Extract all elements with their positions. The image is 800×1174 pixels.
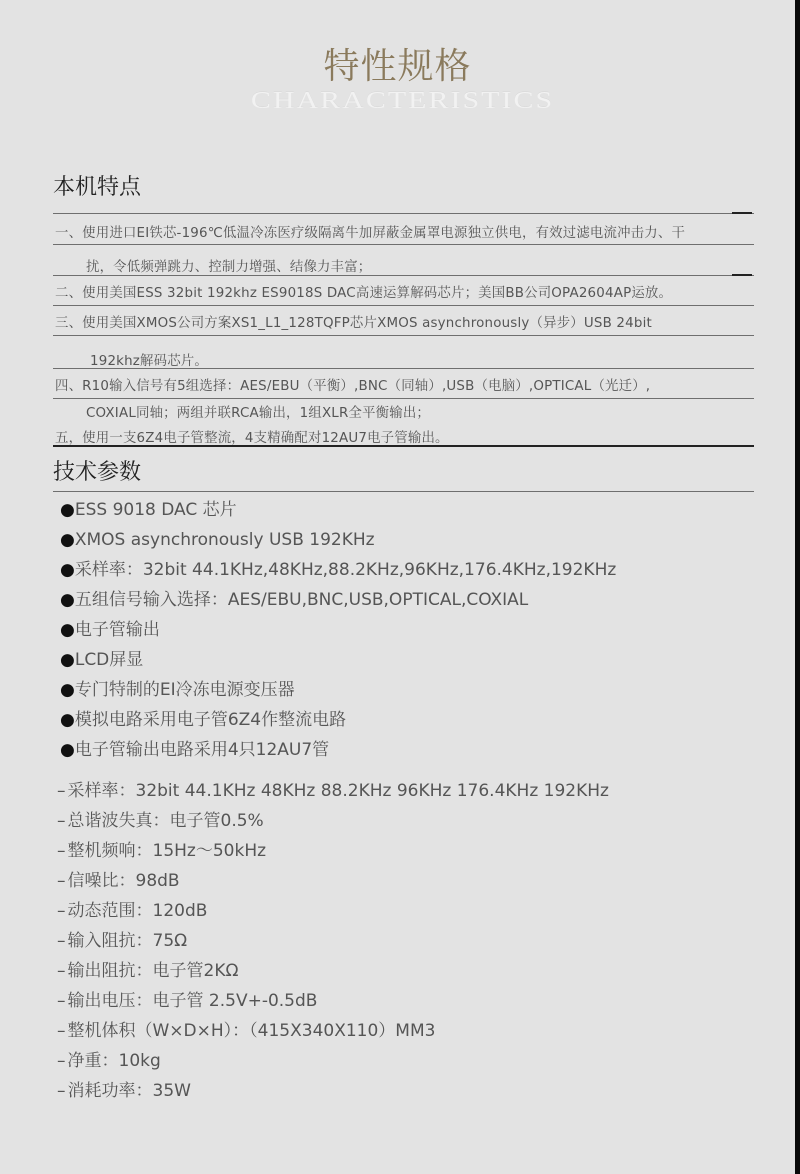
dash-icon: – (57, 841, 66, 861)
spec-item: –总谐波失真：电子管0.5% (57, 806, 609, 836)
dash-icon: – (57, 901, 66, 921)
bullet-dot-icon: ● (60, 560, 75, 580)
dash-icon: – (57, 871, 66, 891)
divider (53, 213, 754, 214)
bullet-item: ●电子管输出电路采用4只12AU7管 (60, 735, 616, 765)
bullet-dot-icon: ● (60, 650, 75, 670)
dash-icon: – (57, 1051, 66, 1071)
bullet-item: ●ESS 9018 DAC 芯片 (60, 495, 616, 525)
divider (53, 305, 754, 306)
bullet-dot-icon: ● (60, 710, 75, 730)
features-heading: 本机特点 (53, 170, 141, 201)
page-title: 特性规格 (0, 38, 795, 89)
divider (53, 335, 754, 336)
bullet-item: ●采样率：32bit 44.1KHz,48KHz,88.2KHz,96KHz,1… (60, 555, 616, 585)
tech-heading: 技术参数 (53, 455, 141, 486)
feature-line-2: 二、使用美国ESS 32bit 192khz ES9018S DAC高速运算解码… (55, 282, 672, 301)
spec-item: –信噪比：98dB (57, 866, 609, 896)
page-subtitle: CHARACTERISTICS (0, 87, 800, 114)
bullet-dot-icon: ● (60, 530, 75, 550)
divider (53, 368, 754, 369)
spec-item: –采样率：32bit 44.1KHz 48KHz 88.2KHz 96KHz 1… (57, 776, 609, 806)
divider (53, 398, 754, 399)
feature-line-1-cont: 扰，令低频弹跳力、控制力增强、结像力丰富； (86, 256, 371, 275)
dash-icon: – (57, 961, 66, 981)
dash-icon: – (57, 781, 66, 801)
feature-line-5: 五，使用一支6Z4电子管整流，4支精确配对12AU7电子管输出。 (55, 427, 449, 446)
bullet-dot-icon: ● (60, 680, 75, 700)
section-divider (53, 445, 754, 447)
divider (53, 244, 754, 245)
spec-item: –整机体积（W×D×H）：（415X340X110）MM3 (57, 1016, 609, 1046)
bullet-item: ●电子管输出 (60, 615, 616, 645)
dash-icon: – (57, 1021, 66, 1041)
dash-icon: – (57, 1081, 66, 1101)
spec-item: –输出阻抗：电子管2KΩ (57, 956, 609, 986)
feature-line-3: 三、使用美国XMOS公司方案XS1_L1_128TQFP芯片XMOS async… (55, 312, 652, 331)
edge-strip (795, 0, 800, 1174)
spec-item: –整机频响：15Hz～50kHz (57, 836, 609, 866)
spec-item: –净重：10kg (57, 1046, 609, 1076)
feature-line-4: 四、R10输入信号有5组选择：AES/EBU（平衡）,BNC（同轴）,USB（电… (55, 375, 650, 394)
spec-item: –输入阻抗：75Ω (57, 926, 609, 956)
spec-item: –输出电压：电子管 2.5V+-0.5dB (57, 986, 609, 1016)
bullet-item: ●LCD屏显 (60, 645, 616, 675)
dash-icon: – (57, 811, 66, 831)
divider-tick (732, 212, 752, 214)
divider-tick (732, 274, 752, 276)
bullet-item: ●模拟电路采用电子管6Z4作整流电路 (60, 705, 616, 735)
bullet-dot-icon: ● (60, 620, 75, 640)
bullet-item: ●XMOS asynchronously USB 192KHz (60, 525, 616, 555)
divider (53, 491, 754, 492)
bullet-item: ●专门特制的EI冷冻电源变压器 (60, 675, 616, 705)
spec-item: –消耗功率：35W (57, 1076, 609, 1106)
bullet-dot-icon: ● (60, 500, 75, 520)
spec-item: –动态范围：120dB (57, 896, 609, 926)
spec-list: –采样率：32bit 44.1KHz 48KHz 88.2KHz 96KHz 1… (57, 776, 609, 1106)
feature-line-3-cont: 192khz解码芯片。 (90, 350, 208, 369)
bullet-item: ●五组信号输入选择：AES/EBU,BNC,USB,OPTICAL,COXIAL (60, 585, 616, 615)
divider (53, 275, 754, 276)
dash-icon: – (57, 991, 66, 1011)
dash-icon: – (57, 931, 66, 951)
bullet-dot-icon: ● (60, 740, 75, 760)
bullet-dot-icon: ● (60, 590, 75, 610)
feature-line-4-cont: COXIAL同轴；两组并联RCA输出，1组XLR全平衡输出； (86, 402, 430, 421)
feature-line-1: 一、使用进口EI铁芯-196℃低温冷冻医疗级隔离牛加屏蔽金属罩电源独立供电，有效… (55, 222, 685, 241)
feature-bullet-list: ●ESS 9018 DAC 芯片 ●XMOS asynchronously US… (60, 495, 616, 765)
